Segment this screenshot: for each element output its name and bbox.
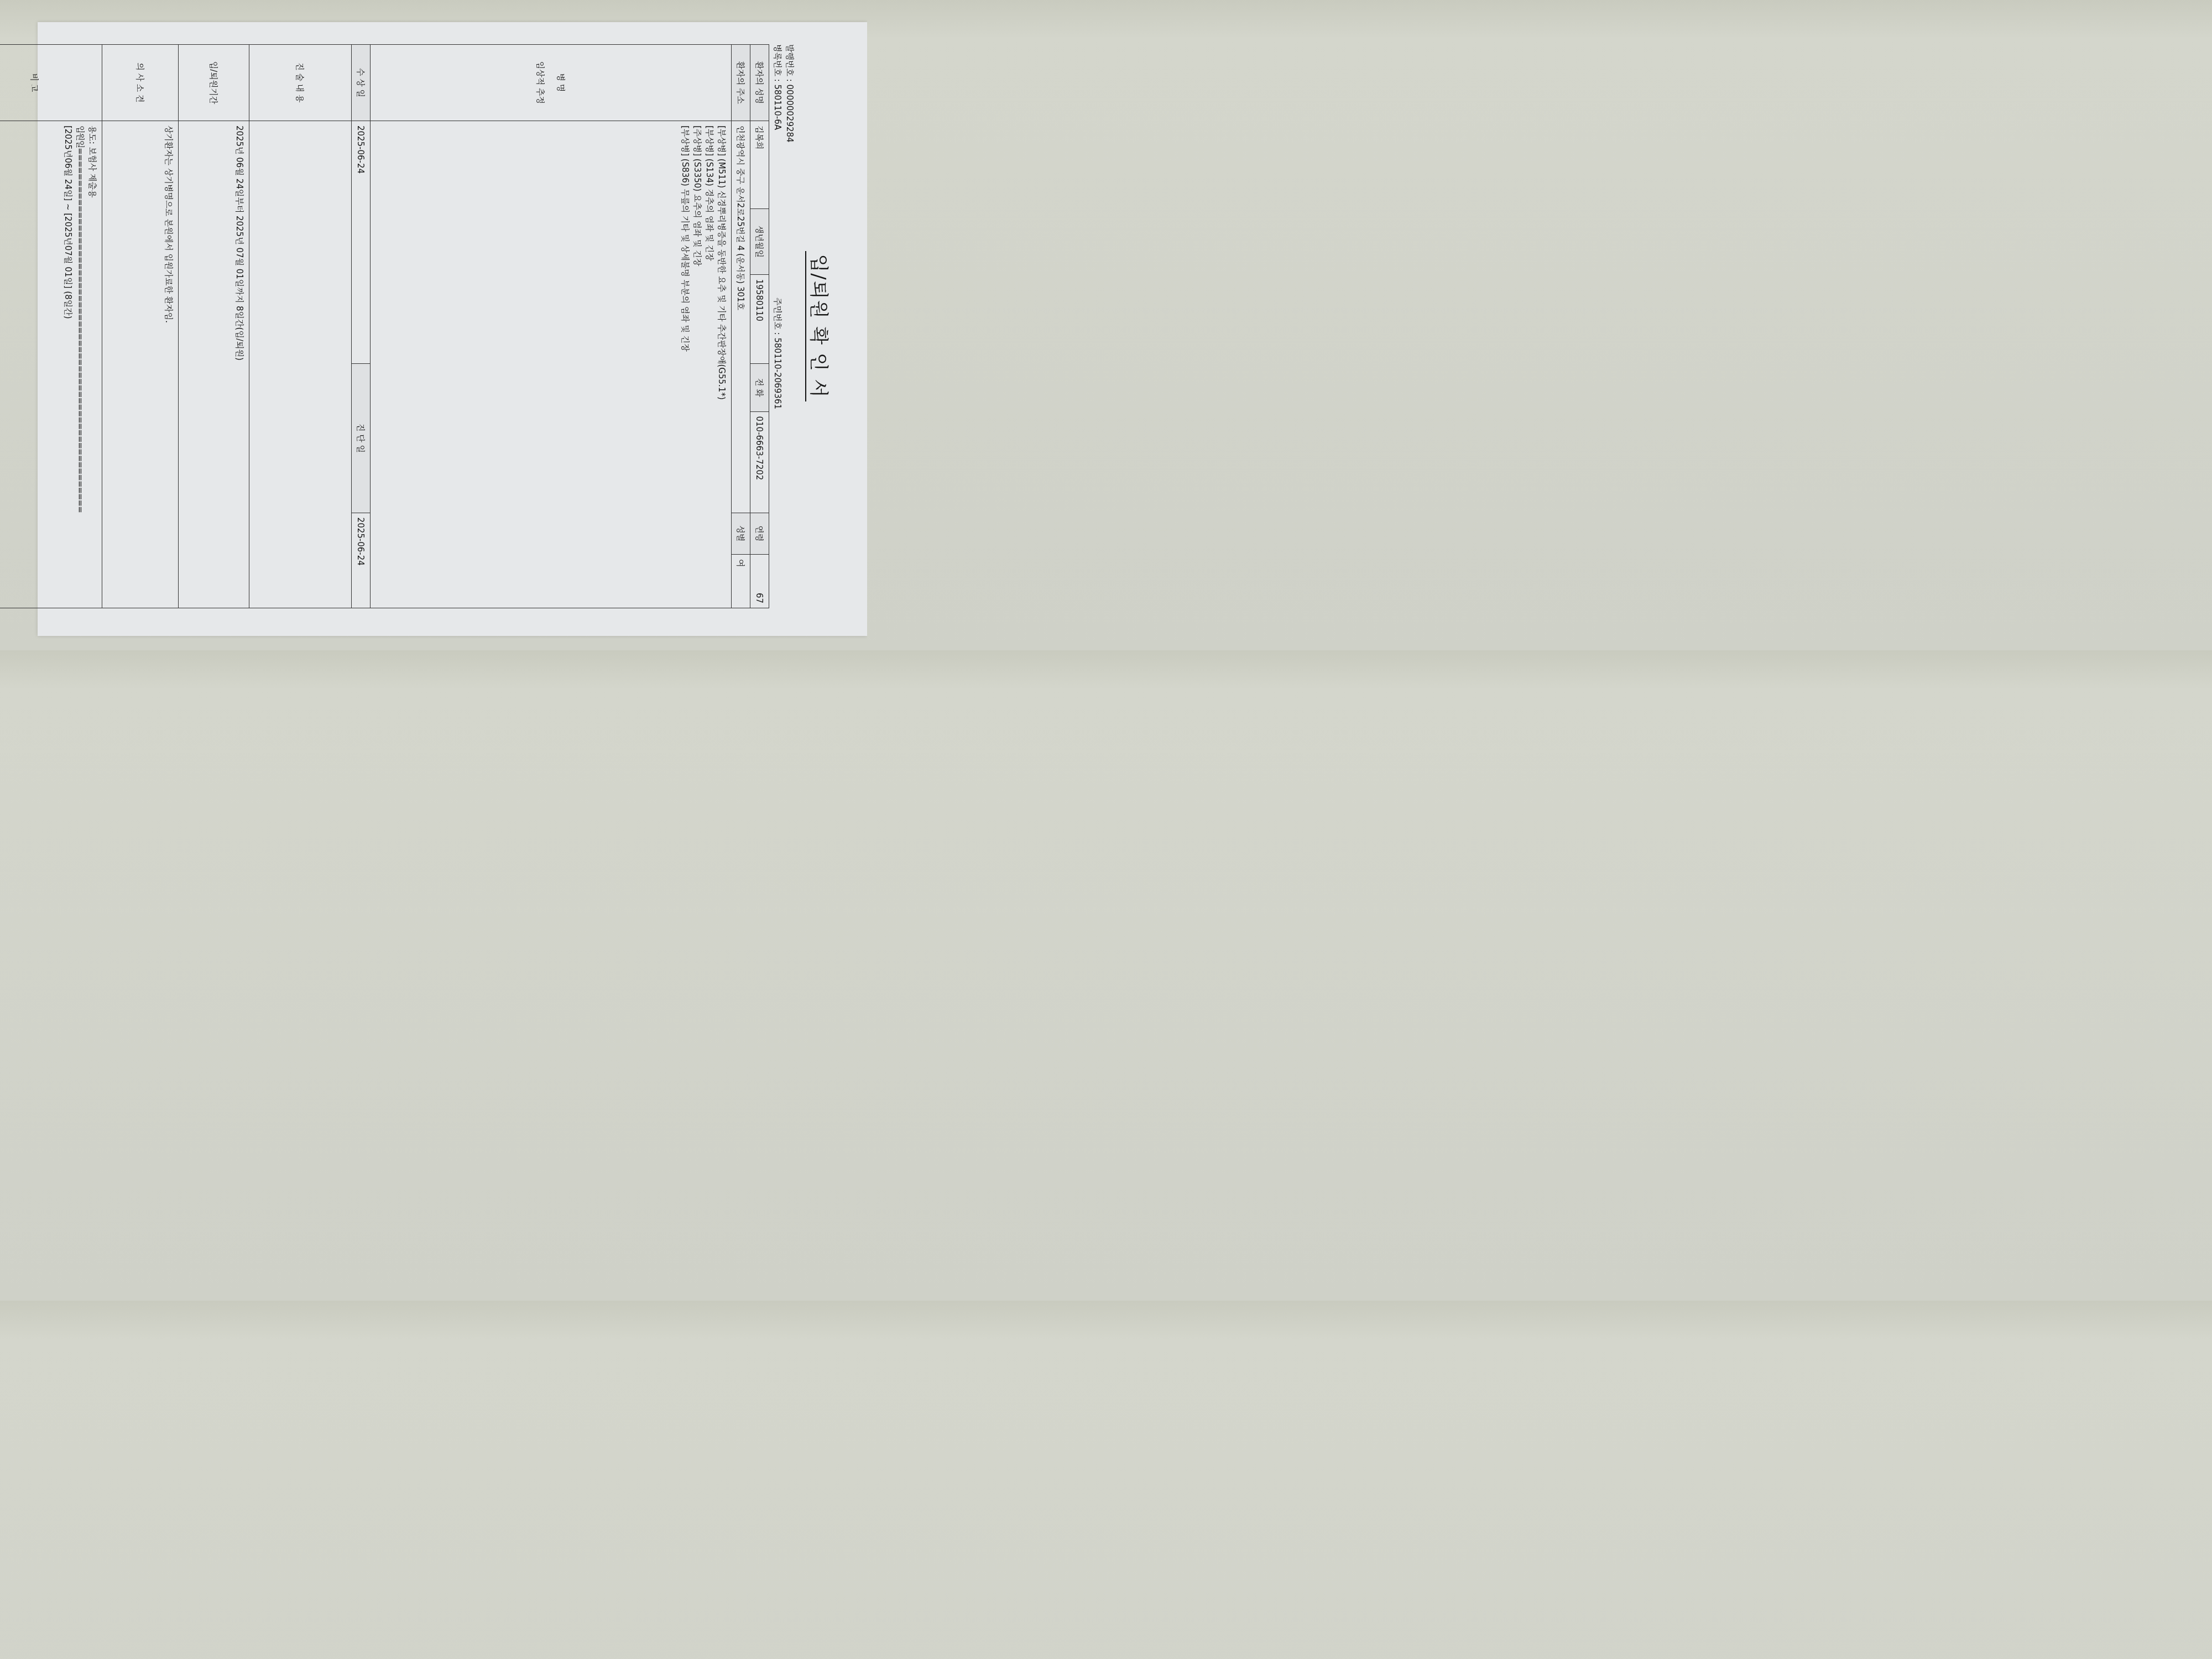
opinion-row: 의 사 소 견 상기환자는 상기병명으로 본원에서 입원가료한 환자임.: [102, 45, 179, 608]
diagnosis-date-label: 진 단 일: [352, 364, 371, 513]
certificate-paper: 입/퇴원 확 인 서 발행번호 : 00000029284 병록번호 : 580…: [38, 22, 867, 636]
certificate-content: 입/퇴원 확 인 서 발행번호 : 00000029284 병록번호 : 580…: [0, 44, 845, 608]
patient-name: 김복희: [750, 121, 769, 208]
birth-label: 생년월일: [750, 209, 769, 274]
statement-label: 진 술 내 용: [249, 45, 352, 121]
statement-row: 진 술 내 용: [249, 45, 352, 608]
diagnosis-item: [부상병] (S134) 경추의 염좌 및 긴장: [703, 126, 716, 603]
age-label: 연령: [750, 513, 769, 554]
resident-number-value: 580110-2069361: [773, 338, 782, 409]
issue-number: 발행번호 : 00000029284: [784, 44, 796, 143]
phone-label: 전 화: [750, 364, 769, 411]
diagnosis-row: 병 명 임상적 추정 [부상병] (M511) 신경뿌리병증을 동반한 요추 및…: [371, 45, 732, 608]
remarks-line: 용도: 보험사 제출용: [86, 126, 98, 603]
diagnosis-item: [부상병] (M511) 신경뿌리병증을 동반한 요추 및 기타 추간판장애(G…: [716, 126, 728, 603]
age-value: 67: [750, 555, 769, 608]
opinion-value: 상기환자는 상기병명으로 본원에서 입원가료한 환자임.: [102, 121, 179, 608]
issue-number-label: 발행번호 :: [785, 44, 795, 82]
address-label: 환자의 주소: [732, 45, 750, 121]
period-row: 입/퇴원기간 2025년 06월 24일부터 2025년 07월 01일까지 8…: [179, 45, 249, 608]
issue-number-value: 00000029284: [785, 85, 795, 143]
chart-number: 병록번호 : 580110-6A: [771, 44, 784, 143]
phone-value: 010-6663-7202: [750, 411, 769, 513]
period-value: 2025년 06월 24일부터 2025년 07월 01일까지 8일간(입/퇴원…: [179, 121, 249, 608]
patient-name-label: 환자의 성명: [750, 45, 769, 121]
resident-number: 주민번호 : 580110-2069361: [771, 298, 784, 409]
resident-number-label: 주민번호 :: [773, 298, 782, 335]
remarks-row: 비 고 용도: 보험사 제출용 입원일=====================…: [0, 45, 102, 608]
injury-date-label: 수 상 일: [352, 45, 371, 121]
remarks-line: 입원일=====================================…: [74, 126, 86, 603]
period-label: 입/퇴원기간: [179, 45, 249, 121]
birth-value: 19580110: [750, 274, 769, 364]
patient-row-2: 환자의 주소 인천광역시 중구 운서2로25번길 4 (운서동) 301호 성별…: [732, 45, 750, 608]
chart-number-value: 580110-6A: [773, 85, 782, 130]
document-title-text: 입/퇴원 확 인 서: [805, 251, 830, 402]
diagnosis-label-line1: 병 명: [555, 74, 567, 92]
remarks-line: [2025년06월 24일] ~ [2025년07월 01일] (8일간): [62, 126, 74, 603]
patient-row-1: 환자의 성명 김복희 생년월일 19580110 전 화 010-6663-72…: [750, 45, 769, 608]
diagnosis-date-value: 2025-06-24: [352, 513, 371, 608]
diagnosis-list: [부상병] (M511) 신경뿌리병증을 동반한 요추 및 기타 추간판장애(G…: [371, 121, 732, 608]
sex-label: 성별: [732, 513, 750, 554]
diagnosis-label-line2: 임상적 추정: [535, 61, 546, 104]
remarks-value: 용도: 보험사 제출용 입원일=========================…: [0, 121, 102, 608]
chart-number-label: 병록번호 :: [773, 44, 782, 82]
dates-row: 수 상 일 2025-06-24 진 단 일 2025-06-24: [352, 45, 371, 608]
opinion-label: 의 사 소 견: [102, 45, 179, 121]
diagnosis-item: [부상병] (S836) 무릎의 기타 및 상세불명 부분의 염좌 및 긴장: [679, 126, 691, 603]
diagnosis-item: [주상병] (S3350) 요추의 염좌 및 긴장: [691, 126, 703, 603]
remarks-label: 비 고: [0, 45, 102, 121]
sex-value: 여: [732, 555, 750, 608]
certificate-table: 환자의 성명 김복희 생년월일 19580110 전 화 010-6663-72…: [0, 44, 769, 608]
statement-value: [249, 121, 352, 608]
diagnosis-label: 병 명 임상적 추정: [371, 45, 732, 121]
injury-date-value: 2025-06-24: [352, 121, 371, 363]
document-title: 입/퇴원 확 인 서: [807, 44, 834, 608]
document-meta: 발행번호 : 00000029284 병록번호 : 580110-6A 주민번호…: [771, 44, 796, 608]
address-value: 인천광역시 중구 운서2로25번길 4 (운서동) 301호: [732, 121, 750, 513]
